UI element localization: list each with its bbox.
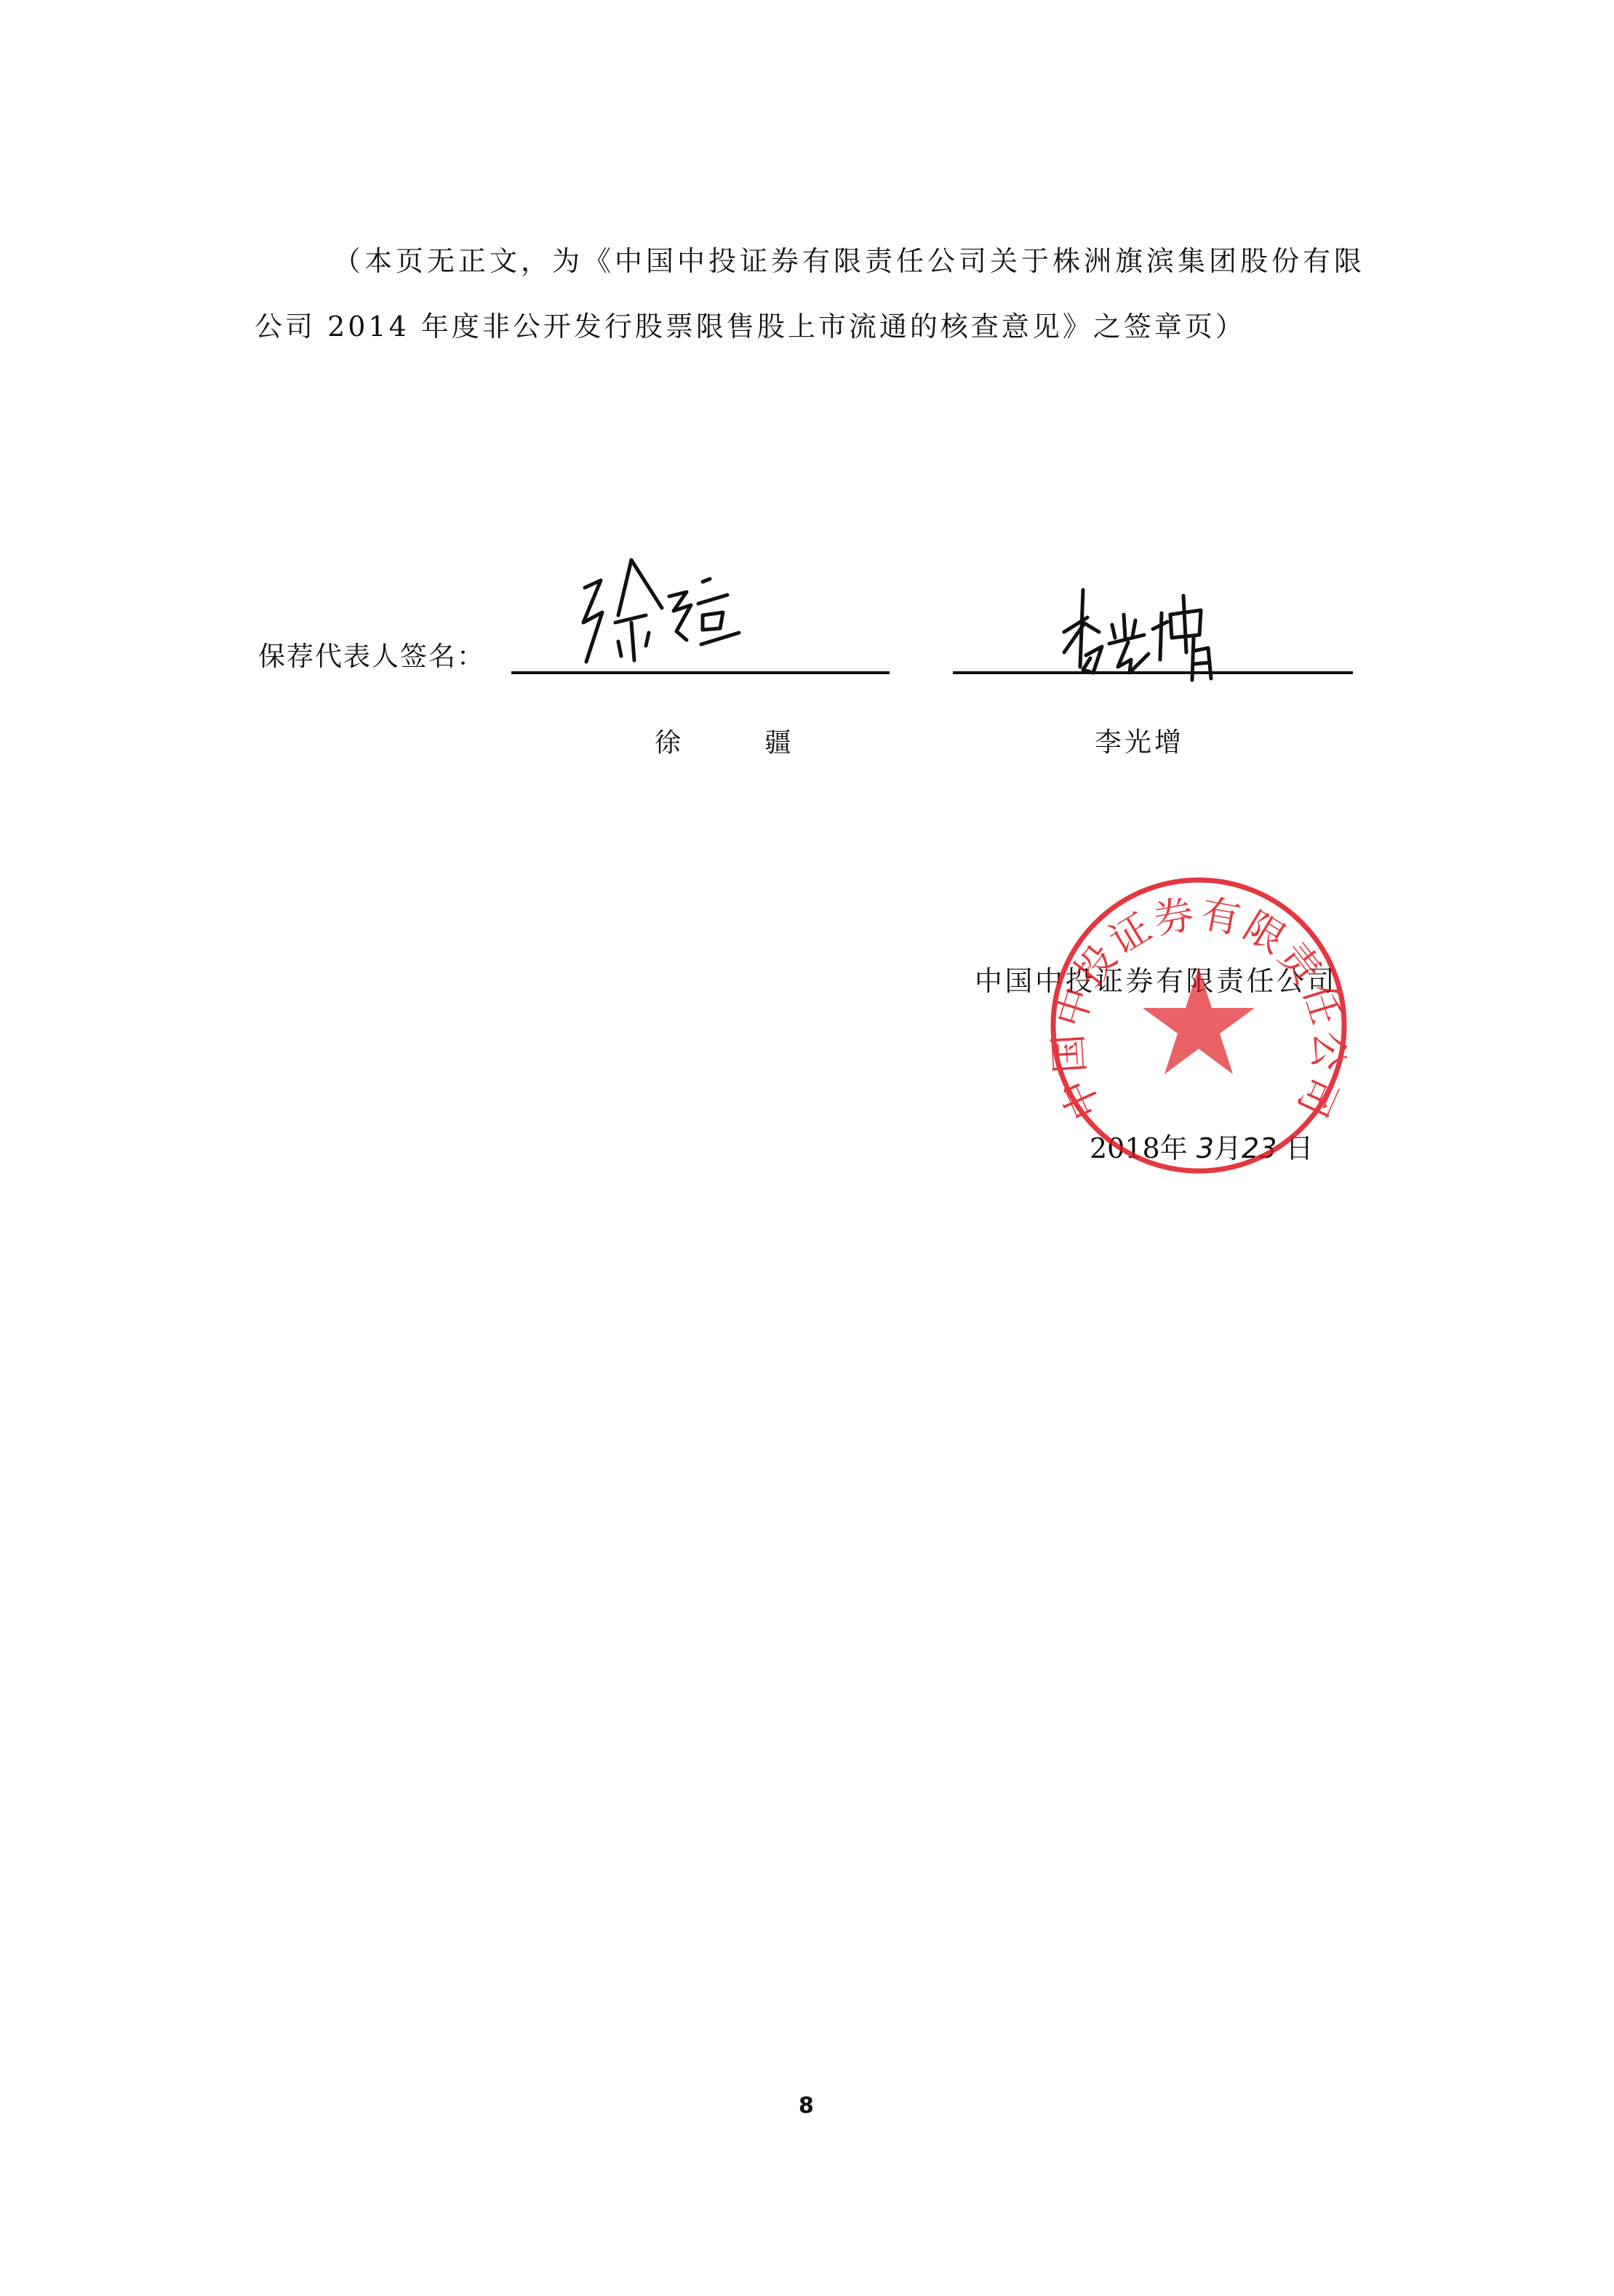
intro-text-line-2: 公司 2014 年度非公开发行股票限售股上市流通的核查意见》之签章页）	[255, 310, 1246, 343]
page-number: 8	[799, 2093, 814, 2119]
seal-ring	[1053, 880, 1344, 1171]
date-month-suffix: 月	[1214, 1132, 1242, 1164]
signature-line-1	[511, 671, 890, 674]
company-name: 中国中投证券有限责任公司	[975, 964, 1337, 998]
handwritten-signature-xu-jiang	[567, 553, 756, 676]
signature-line-2	[953, 671, 1353, 674]
handwritten-signature-li-guangzeng	[1058, 585, 1247, 695]
date-month: 3	[1196, 1132, 1214, 1164]
date-day-suffix: 日	[1285, 1132, 1313, 1164]
date-year-suffix: 年	[1160, 1132, 1188, 1164]
signature-label: 保荐代表人签名：	[258, 640, 485, 673]
printed-name-1: 徐 疆	[655, 728, 828, 759]
date-year: 2018	[1090, 1132, 1160, 1164]
intro-text-line-1: （本页无正文，为《中国中投证券有限责任公司关于株洲旗滨集团股份有限	[333, 244, 1365, 278]
seal-text: 中国中投证券有限责任公司	[1047, 890, 1350, 1127]
date-day: 23	[1242, 1132, 1277, 1164]
printed-name-2: 李光增	[1095, 727, 1184, 758]
signing-date: 2018年 3月23 日	[1090, 1132, 1314, 1165]
